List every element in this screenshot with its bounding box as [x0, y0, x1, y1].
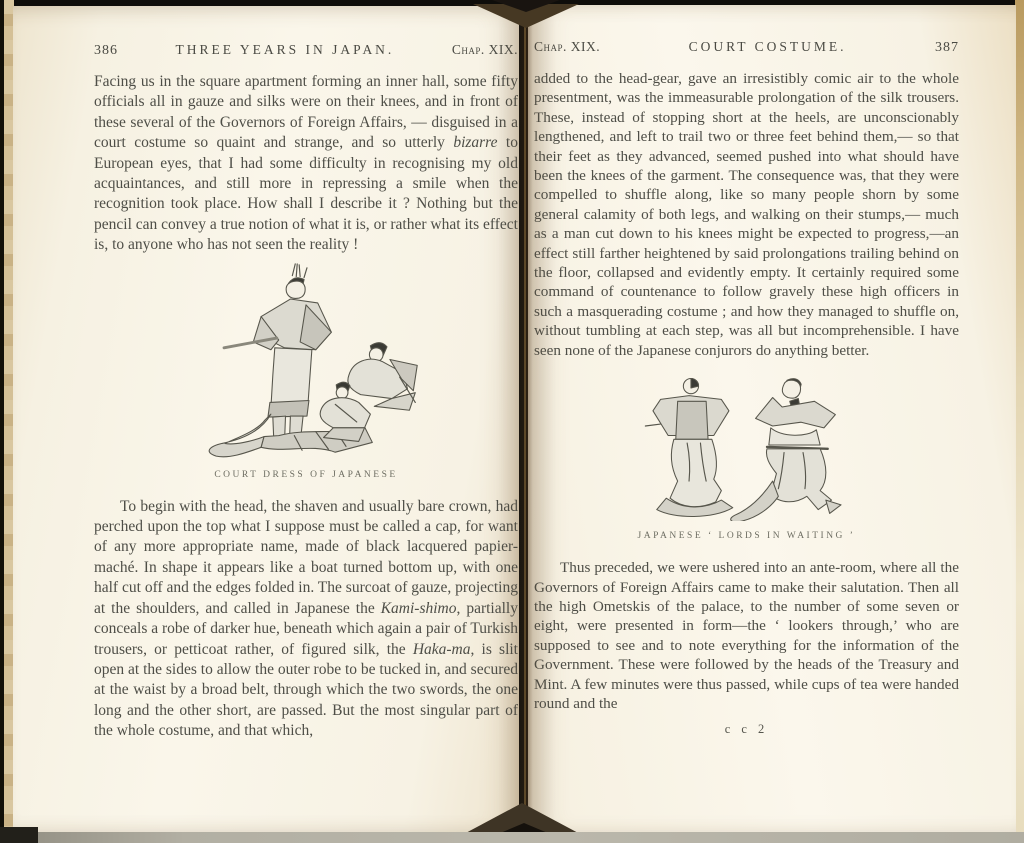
right-paragraph-1: added to the head-gear, gave an irresist… — [534, 69, 959, 360]
left-para1-seg: to European eyes, that I had some diffic… — [94, 134, 518, 253]
spine-top-dark-wedge — [492, 0, 560, 12]
right-page-header: Chap. XIX. COURT COSTUME. 387 — [534, 39, 959, 56]
lords-in-waiting-illustration: JAPANESE ‘ LORDS IN WAITING ’ — [534, 369, 959, 541]
table-bottom-strip — [0, 832, 1024, 843]
open-book-photo: 386 THREE YEARS IN JAPAN. Chap. XIX. Fac… — [0, 0, 1024, 843]
left-running-title: THREE YEARS IN JAPAN. — [118, 42, 452, 58]
left-para2-italic-kamishimo: Kami-shimo — [381, 600, 457, 617]
left-para1-italic-bizarre: bizarre — [453, 134, 497, 151]
left-page-number: 386 — [94, 43, 118, 59]
gutter-line — [524, 8, 526, 828]
left-illustration-caption: COURT DRESS OF JAPANESE — [94, 470, 518, 480]
cover-bottom-left-corner — [0, 827, 38, 843]
right-paragraph-2: Thus preceded, we were ushered into an a… — [534, 558, 959, 713]
left-para2-italic-hakama: Haka-ma — [413, 641, 471, 658]
signature-mark: c c 2 — [534, 722, 959, 737]
right-page-number: 387 — [935, 40, 959, 56]
page-stack-right-edge — [1015, 0, 1024, 843]
left-paragraph-2: To begin with the head, the shaven and u… — [94, 497, 518, 742]
left-paragraph-1: Facing us in the square apartment formin… — [94, 72, 518, 256]
left-page-header: 386 THREE YEARS IN JAPAN. Chap. XIX. — [94, 42, 518, 59]
court-dress-drawing — [167, 260, 445, 460]
lords-in-waiting-drawing — [623, 369, 871, 521]
kneeling-courtier-front-view — [730, 379, 840, 521]
court-dress-illustration: COURT DRESS OF JAPANESE — [94, 260, 518, 480]
page-right: Chap. XIX. COURT COSTUME. 387 added to t… — [528, 5, 1016, 833]
right-illustration-caption: JAPANESE ‘ LORDS IN WAITING ’ — [534, 531, 959, 541]
right-page-column: Chap. XIX. COURT COSTUME. 387 added to t… — [534, 39, 959, 737]
page-left: 386 THREE YEARS IN JAPAN. Chap. XIX. Fac… — [13, 6, 519, 833]
gutter-shadow — [498, 0, 556, 832]
left-page-column: 386 THREE YEARS IN JAPAN. Chap. XIX. Fac… — [94, 42, 518, 742]
kneeling-courtier-back-view — [645, 379, 732, 517]
right-running-title: COURT COSTUME. — [600, 39, 935, 55]
kneeling-official-figure-1 — [348, 342, 417, 410]
